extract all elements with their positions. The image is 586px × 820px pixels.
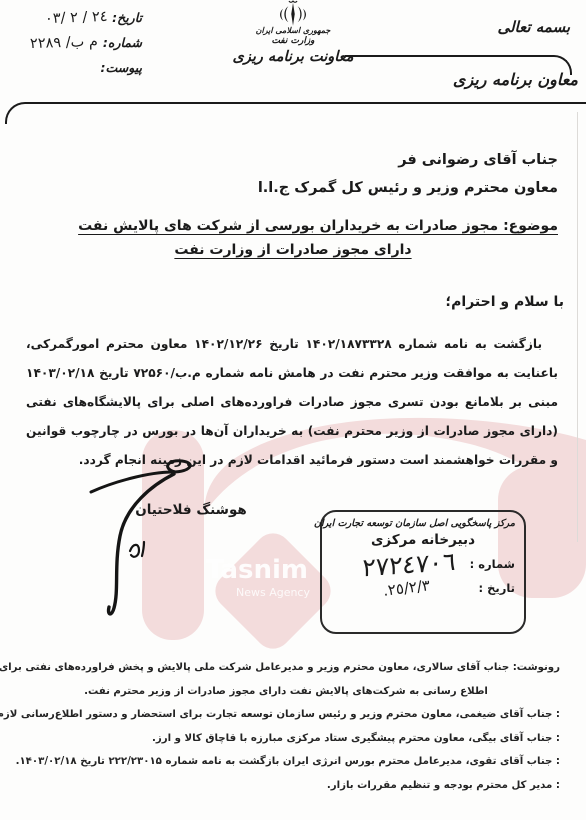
stamp-title: دبیرخانه مرکزی: [331, 532, 515, 548]
recipient-name: جناب آقای رضوانی فر: [258, 146, 558, 174]
subject-block: موضوع: مجوز صادرات به خریداران بورسی از …: [28, 218, 558, 258]
basmala: بسمه تعالی: [497, 18, 570, 36]
iran-coat-of-arms-icon: [275, 0, 311, 28]
right-edge-line: [577, 112, 578, 542]
recipient-title: معاون محترم وزیر و رئیس کل گمرک ج.ا.ا: [258, 174, 558, 202]
header-rule: [5, 102, 586, 124]
stamp-number-row: شماره : ٢٧٢٤٧٠٦: [331, 548, 515, 579]
subject-line-1: موضوع: مجوز صادرات به خریداران بورسی از …: [28, 218, 558, 234]
org-name: جمهوری اسلامی ایران: [203, 26, 383, 35]
registry-fields: تاريخ: ٢٤ / ٢ /٠٣ شماره: م ب/ ٢٢٨٩ پيوست…: [2, 10, 142, 84]
date-value: ٢٤ / ٢ /٠٣: [44, 9, 107, 27]
cc-block: رونوشت: جناب آقای سالاری، معاون محترم وز…: [12, 656, 560, 797]
recipient-block: جناب آقای رضوانی فر معاون محترم وزیر و ر…: [258, 146, 558, 202]
stamp-date-label: تاریخ :: [479, 581, 515, 595]
number-label: شماره:: [103, 35, 142, 50]
stamp-date-row: تاریخ : ٢٥/٢/٣.: [331, 579, 515, 597]
date-label: تاريخ:: [112, 10, 142, 25]
cc-line: : جناب آقای بیگی، معاون محترم پیشگیری ست…: [12, 727, 560, 751]
ministry-name: وزارت نفت: [203, 36, 383, 46]
attachment-field: پيوست:: [2, 60, 142, 75]
number-value: م ب/ ٢٢٨٩: [30, 34, 98, 52]
number-field: شماره: م ب/ ٢٢٨٩: [2, 35, 142, 51]
stamp-number-label: شماره :: [470, 557, 515, 571]
signature-scribble-icon: [78, 450, 268, 620]
signatory-name: هوشنگ فلاحتیان: [126, 502, 256, 518]
cc-line: : جناب آقای ضیغمی، معاون محترم وزیر و رئ…: [12, 703, 560, 727]
cc-line: اطلاع رسانی به شرکت‌های پالایش نفت دارای…: [12, 680, 560, 704]
attachment-label: پيوست:: [101, 60, 142, 75]
stamp-number-value: ٢٧٢٤٧٠٦: [361, 547, 456, 583]
sender-title: معاون برنامه ریزی: [453, 70, 578, 89]
greeting: با سلام و احترام؛: [446, 294, 564, 310]
subject-line-2: دارای مجوز صادرات از وزارت نفت: [28, 242, 558, 258]
date-field: تاريخ: ٢٤ / ٢ /٠٣: [2, 10, 142, 26]
stamp-org-line: مرکز پاسخگویی اصل سازمان توسعه تجارت ایر…: [331, 518, 515, 529]
scanned-letter-page: Tasnim News Agency تاريخ: ٢٤ / ٢ /٠٣ شما…: [0, 0, 586, 820]
cc-line: رونوشت: جناب آقای سالاری، معاون محترم وز…: [12, 656, 560, 680]
secretariat-stamp: مرکز پاسخگویی اصل سازمان توسعه تجارت ایر…: [320, 510, 526, 634]
cc-line: : جناب آقای تقوی، مدیرعامل محترم بورس ان…: [12, 750, 560, 774]
cc-line: : مدیر کل محترم بودجه و تنظیم مقررات باز…: [12, 774, 560, 798]
